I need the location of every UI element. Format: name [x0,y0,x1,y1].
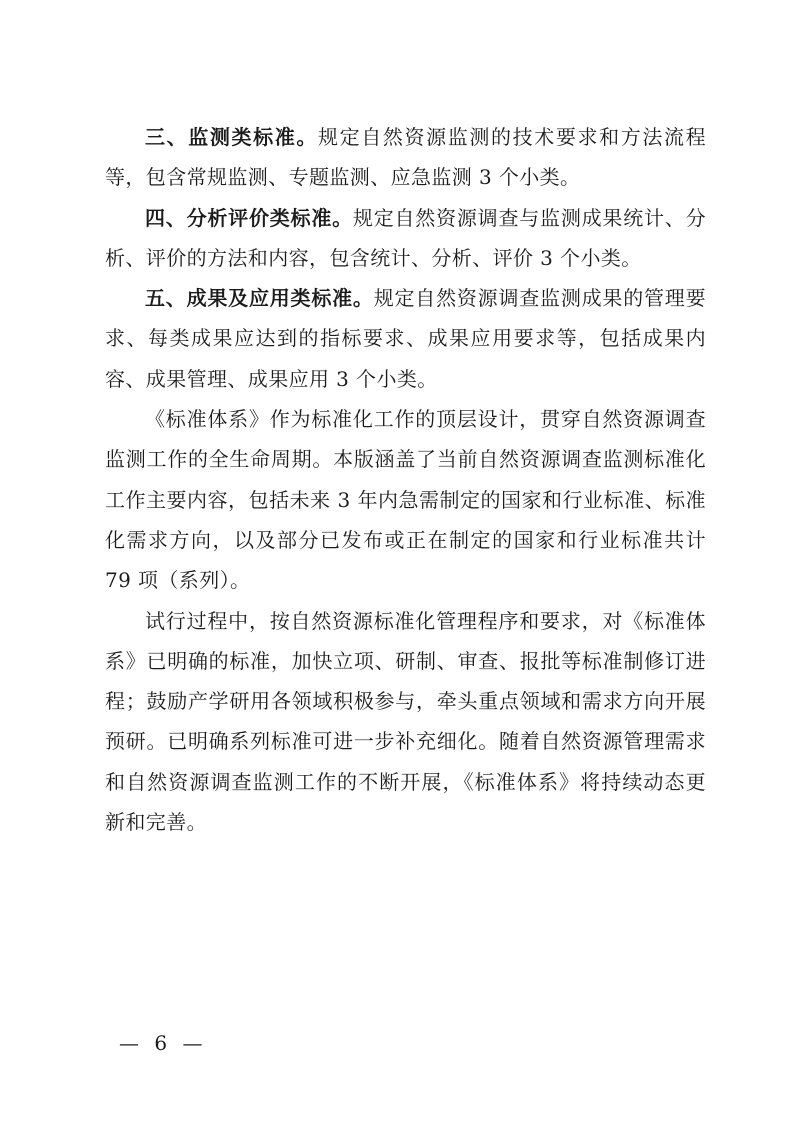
page-number: — 6 — [119,1031,203,1055]
paragraph-lead: 三、监测类标准。 [145,125,318,149]
paragraph-monitoring-standards: 三、监测类标准。规定自然资源监测的技术要求和方法流程等，包含常规监测、专题监测、… [105,117,706,198]
paragraph-analysis-evaluation-standards: 四、分析评价类标准。规定自然资源调查与监测成果统计、分析、评价的方法和内容，包含… [105,198,706,279]
page-footer: — 6 — [119,1031,203,1055]
paragraph-results-application-standards: 五、成果及应用类标准。规定自然资源调查监测成果的管理要求、每类成果应达到的指标要… [105,278,706,399]
document-page: 三、监测类标准。规定自然资源监测的技术要求和方法流程等，包含常规监测、专题监测、… [0,0,800,1132]
paragraph-trial-implementation: 试行过程中，按自然资源标准化管理程序和要求，对《标准体系》已明确的标准，加快立项… [105,601,706,843]
paragraph-text: 试行过程中，按自然资源标准化管理程序和要求，对《标准体系》已明确的标准，加快立项… [105,609,706,834]
paragraph-lead: 五、成果及应用类标准。 [145,286,374,310]
document-body: 三、监测类标准。规定自然资源监测的技术要求和方法流程等，包含常规监测、专题监测、… [105,117,706,842]
paragraph-standard-system-overview: 《标准体系》作为标准化工作的顶层设计，贯穿自然资源调查监测工作的全生命周期。本版… [105,399,706,600]
paragraph-lead: 四、分析评价类标准。 [145,206,353,230]
paragraph-text: 《标准体系》作为标准化工作的顶层设计，贯穿自然资源调查监测工作的全生命周期。本版… [105,407,706,592]
